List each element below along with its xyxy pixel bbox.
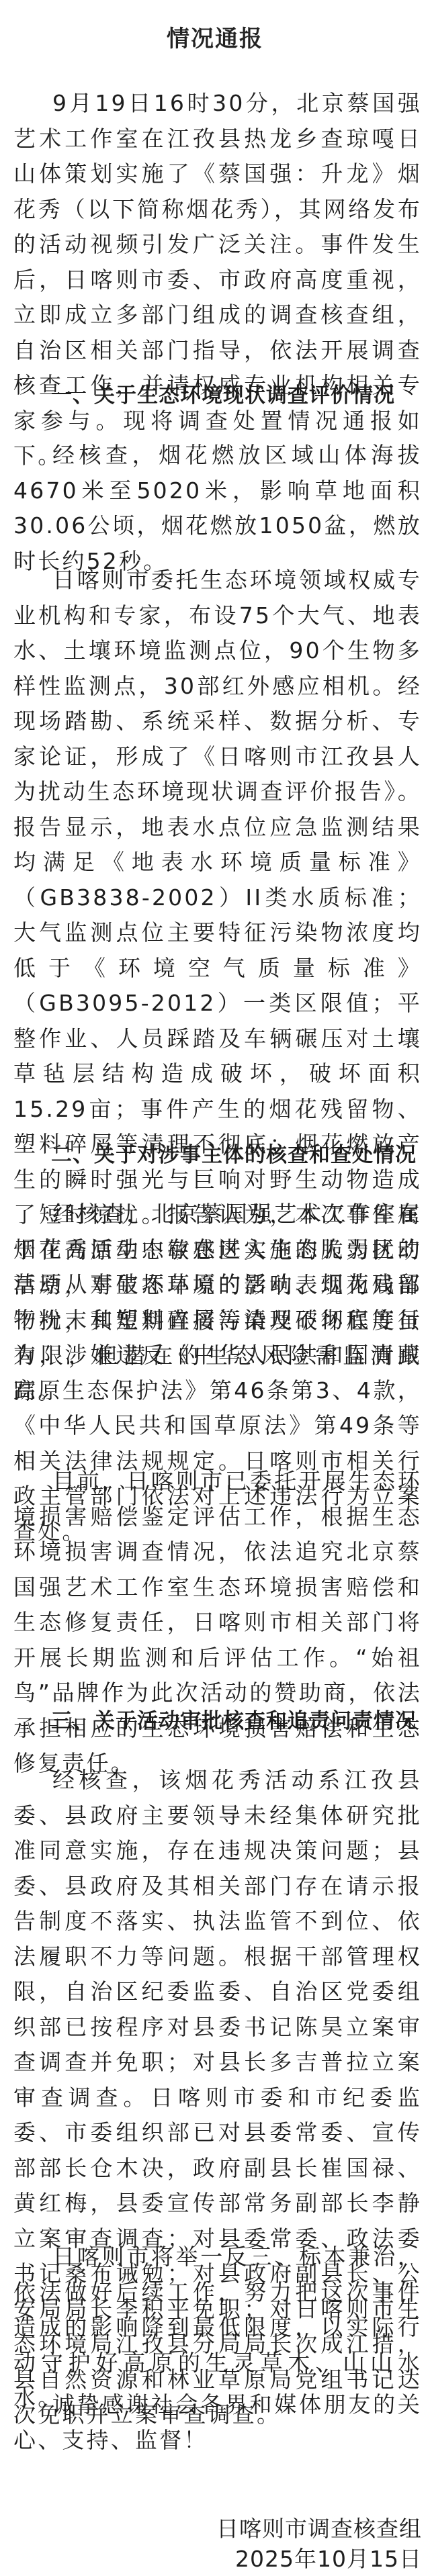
signature-issuer: 日喀则市调查核查组: [216, 2512, 422, 2543]
section-2-heading: 二、关于对涉事主体的核查和查处情况: [51, 1138, 414, 1168]
signature-date: 2025年10月15日: [235, 2542, 422, 2573]
intro-paragraph: 9月19日16时30分，北京蔡国强艺术工作室在江孜县热龙乡查琼嘎日山体策划实施了…: [13, 86, 422, 474]
closing-paragraph: 诚挚感谢社会各界和媒体朋友的关心、支持、监督！: [13, 2387, 422, 2458]
document-title: 情况通报: [0, 20, 430, 53]
section-1-heading: 一、关于生态环境现状调查评价情况: [51, 378, 414, 408]
section-1-paragraph-1: 经核查，烟花燃放区域山体海拔4670米至5020米，影响草地面积30.06公顷，…: [13, 438, 422, 579]
section-3-heading: 三、关于活动审批核查和追责问责情况: [51, 1704, 414, 1734]
